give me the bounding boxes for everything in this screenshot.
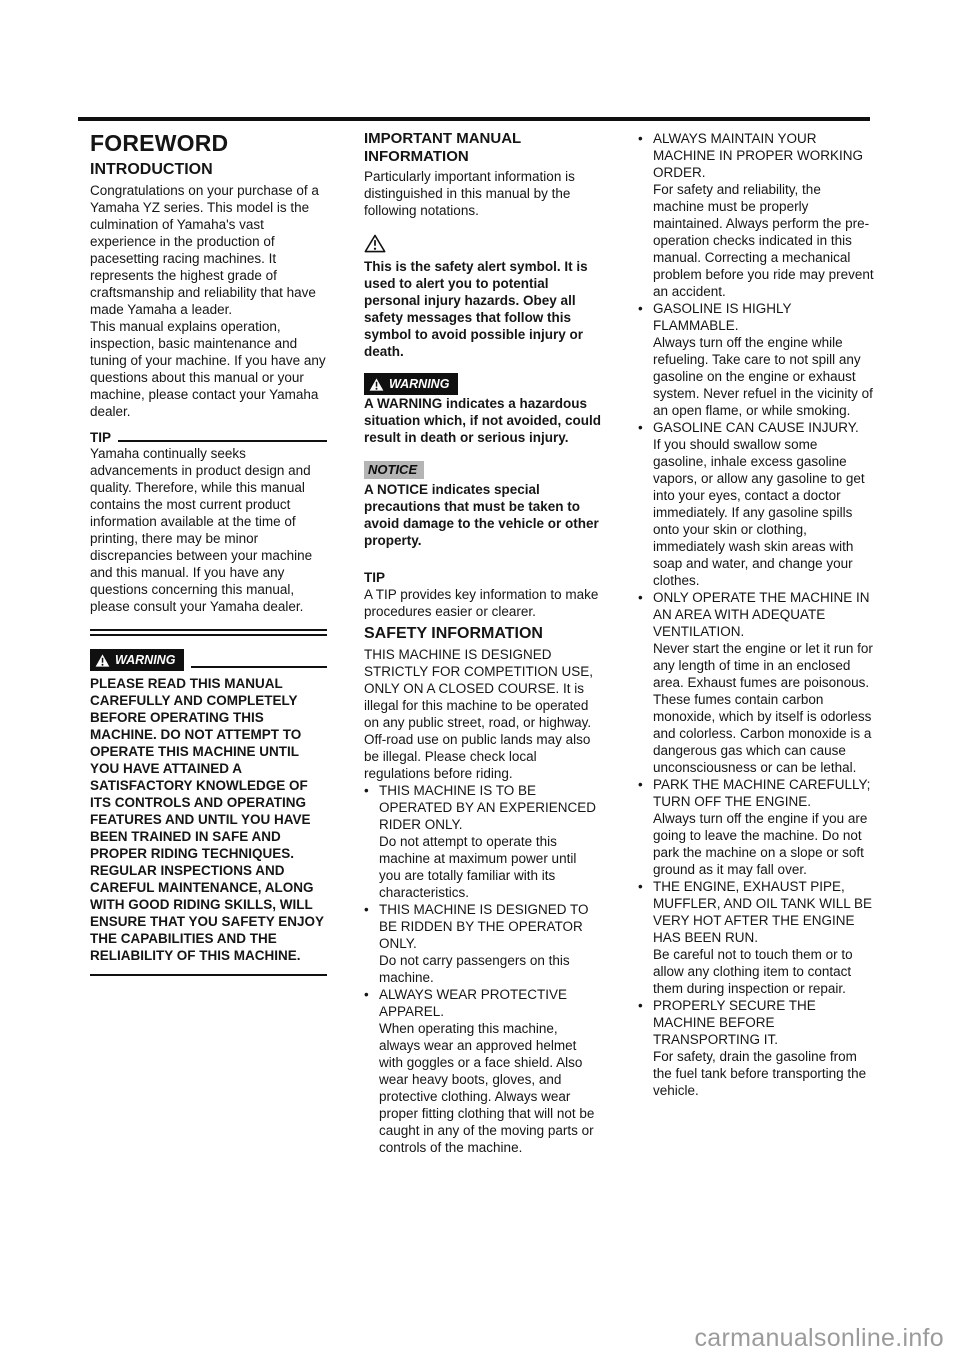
tip-text: Yamaha continually seeks advancements in… (90, 445, 327, 615)
bullet-content: THIS MACHINE IS TO BE OPERATED BY AN EXP… (379, 782, 601, 901)
safety-bullet-list: • THIS MACHINE IS TO BE OPERATED BY AN E… (364, 782, 601, 1156)
bullet-marker: • (638, 589, 653, 776)
section-divider-single (90, 974, 327, 976)
safety-bullet-item: • THIS MACHINE IS TO BE OPERATED BY AN E… (364, 782, 601, 901)
page-top-rule (78, 117, 870, 121)
bullet-marker: • (638, 997, 653, 1099)
bullet-body: Be careful not to touch them or to allow… (653, 947, 853, 996)
warning-triangle-icon (95, 654, 110, 667)
safety-bullet-list-continued: • ALWAYS MAINTAIN YOUR MACHINE IN PROPER… (638, 130, 875, 1099)
bullet-content: GASOLINE IS HIGHLY FLAMMABLE. Always tur… (653, 300, 875, 419)
manual-page: FOREWORD INTRODUCTION Congratulations on… (0, 0, 960, 1358)
safety-alert-symbol (364, 234, 601, 257)
bullet-marker: • (638, 419, 653, 589)
tip-label: TIP (90, 430, 111, 445)
bullet-content: ALWAYS WEAR PROTECTIVE APPAREL. When ope… (379, 986, 601, 1156)
safety-bullet-item: • THIS MACHINE IS DESIGNED TO BE RIDDEN … (364, 901, 601, 986)
bullet-heading: ONLY OPERATE THE MACHINE IN AN AREA WITH… (653, 590, 870, 639)
tip-header: TIP (90, 430, 327, 445)
bullet-marker: • (364, 986, 379, 1156)
notice-badge: NOTICE (364, 461, 424, 479)
safety-information-heading: SAFETY INFORMATION (364, 624, 601, 643)
safety-bullet-item: • ALWAYS MAINTAIN YOUR MACHINE IN PROPER… (638, 130, 875, 300)
bullet-heading: ALWAYS WEAR PROTECTIVE APPAREL. (379, 987, 567, 1019)
safety-bullet-item: • ALWAYS WEAR PROTECTIVE APPAREL. When o… (364, 986, 601, 1156)
bullet-body: For safety, drain the gasoline from the … (653, 1049, 866, 1098)
column-foreword: FOREWORD INTRODUCTION Congratulations on… (90, 130, 327, 1156)
warning-triangle-icon (369, 378, 384, 391)
safety-alert-text: This is the safety alert symbol. It is u… (364, 258, 601, 360)
safety-bullet-item: • PROPERLY SECURE THE MACHINE BEFORE TRA… (638, 997, 875, 1099)
bullet-heading: PROPERLY SECURE THE MACHINE BEFORE TRANS… (653, 998, 816, 1047)
bullet-content: PARK THE MACHINE CAREFULLY; TURN OFF THE… (653, 776, 875, 878)
introduction-paragraph-2: This manual explains operation, inspecti… (90, 318, 327, 420)
page-columns: FOREWORD INTRODUCTION Congratulations on… (90, 130, 875, 1156)
bullet-body: If you should swallow some gasoline, inh… (653, 437, 865, 588)
warning-header: WARNING (90, 649, 327, 671)
bullet-content: THE ENGINE, EXHAUST PIPE, MUFFLER, AND O… (653, 878, 875, 997)
bullet-content: THIS MACHINE IS DESIGNED TO BE RIDDEN BY… (379, 901, 601, 986)
safety-bullet-item: • PARK THE MACHINE CAREFULLY; TURN OFF T… (638, 776, 875, 878)
notice-definition: A NOTICE indicates special precautions t… (364, 481, 601, 549)
safety-bullet-item: • ONLY OPERATE THE MACHINE IN AN AREA WI… (638, 589, 875, 776)
warning-rule (191, 666, 327, 668)
important-info-heading: IMPORTANT MANUAL INFORMATION (364, 130, 601, 166)
bullet-marker: • (638, 776, 653, 878)
warning-definition: A WARNING indicates a hazardous situatio… (364, 395, 601, 446)
warning-badge-label: WARNING (115, 654, 175, 666)
bullet-body: Always turn off the engine if you are go… (653, 811, 867, 877)
bullet-heading: PARK THE MACHINE CAREFULLY; TURN OFF THE… (653, 777, 870, 809)
bullet-marker: • (638, 130, 653, 300)
important-info-intro: Particularly important information is di… (364, 168, 601, 219)
warning-badge: WARNING (90, 649, 184, 671)
bullet-heading: THIS MACHINE IS TO BE OPERATED BY AN EXP… (379, 783, 596, 832)
introduction-heading: INTRODUCTION (90, 160, 327, 179)
bullet-heading: ALWAYS MAINTAIN YOUR MACHINE IN PROPER W… (653, 131, 863, 180)
bullet-body: When operating this machine, always wear… (379, 1021, 594, 1155)
bullet-content: ALWAYS MAINTAIN YOUR MACHINE IN PROPER W… (653, 130, 875, 300)
introduction-paragraph-1: Congratulations on your purchase of a Ya… (90, 182, 327, 318)
safety-information-intro: THIS MACHINE IS DESIGNED STRICTLY FOR CO… (364, 646, 601, 782)
bullet-body: For safety and reliability, the machine … (653, 182, 874, 299)
safety-bullet-item: • GASOLINE CAN CAUSE INJURY. If you shou… (638, 419, 875, 589)
warning-text: PLEASE READ THIS MANUAL CAREFULLY AND CO… (90, 675, 327, 964)
bullet-content: PROPERLY SECURE THE MACHINE BEFORE TRANS… (653, 997, 875, 1099)
safety-bullet-item: • THE ENGINE, EXHAUST PIPE, MUFFLER, AND… (638, 878, 875, 997)
watermark: carmanualsonline.info (694, 1324, 944, 1352)
tip-rule (118, 440, 327, 442)
section-divider-double (90, 629, 327, 636)
tip-label: TIP (364, 569, 601, 586)
bullet-body: Never start the engine or let it run for… (653, 641, 873, 775)
bullet-marker: • (638, 878, 653, 997)
bullet-marker: • (364, 782, 379, 901)
warning-definition-header: WARNING (364, 373, 601, 395)
bullet-heading: THIS MACHINE IS DESIGNED TO BE RIDDEN BY… (379, 902, 589, 951)
safety-bullet-item: • GASOLINE IS HIGHLY FLAMMABLE. Always t… (638, 300, 875, 419)
tip-definition: A TIP provides key information to make p… (364, 586, 601, 620)
bullet-marker: • (638, 300, 653, 419)
warning-badge: WARNING (364, 373, 458, 395)
bullet-marker: • (364, 901, 379, 986)
bullet-heading: GASOLINE CAN CAUSE INJURY. (653, 420, 859, 435)
bullet-body: Do not attempt to operate this machine a… (379, 834, 576, 900)
bullet-content: ONLY OPERATE THE MACHINE IN AN AREA WITH… (653, 589, 875, 776)
bullet-content: GASOLINE CAN CAUSE INJURY. If you should… (653, 419, 875, 589)
safety-alert-triangle-icon (364, 234, 386, 253)
column-manual-info: IMPORTANT MANUAL INFORMATION Particularl… (364, 130, 601, 1156)
bullet-body: Always turn off the engine while refueli… (653, 335, 873, 418)
page-title: FOREWORD (90, 130, 327, 156)
bullet-body: Do not carry passengers on this machine. (379, 953, 570, 985)
warning-badge-label: WARNING (389, 378, 449, 390)
column-safety-continued: • ALWAYS MAINTAIN YOUR MACHINE IN PROPER… (638, 130, 875, 1156)
bullet-heading: THE ENGINE, EXHAUST PIPE, MUFFLER, AND O… (653, 879, 872, 945)
bullet-heading: GASOLINE IS HIGHLY FLAMMABLE. (653, 301, 791, 333)
